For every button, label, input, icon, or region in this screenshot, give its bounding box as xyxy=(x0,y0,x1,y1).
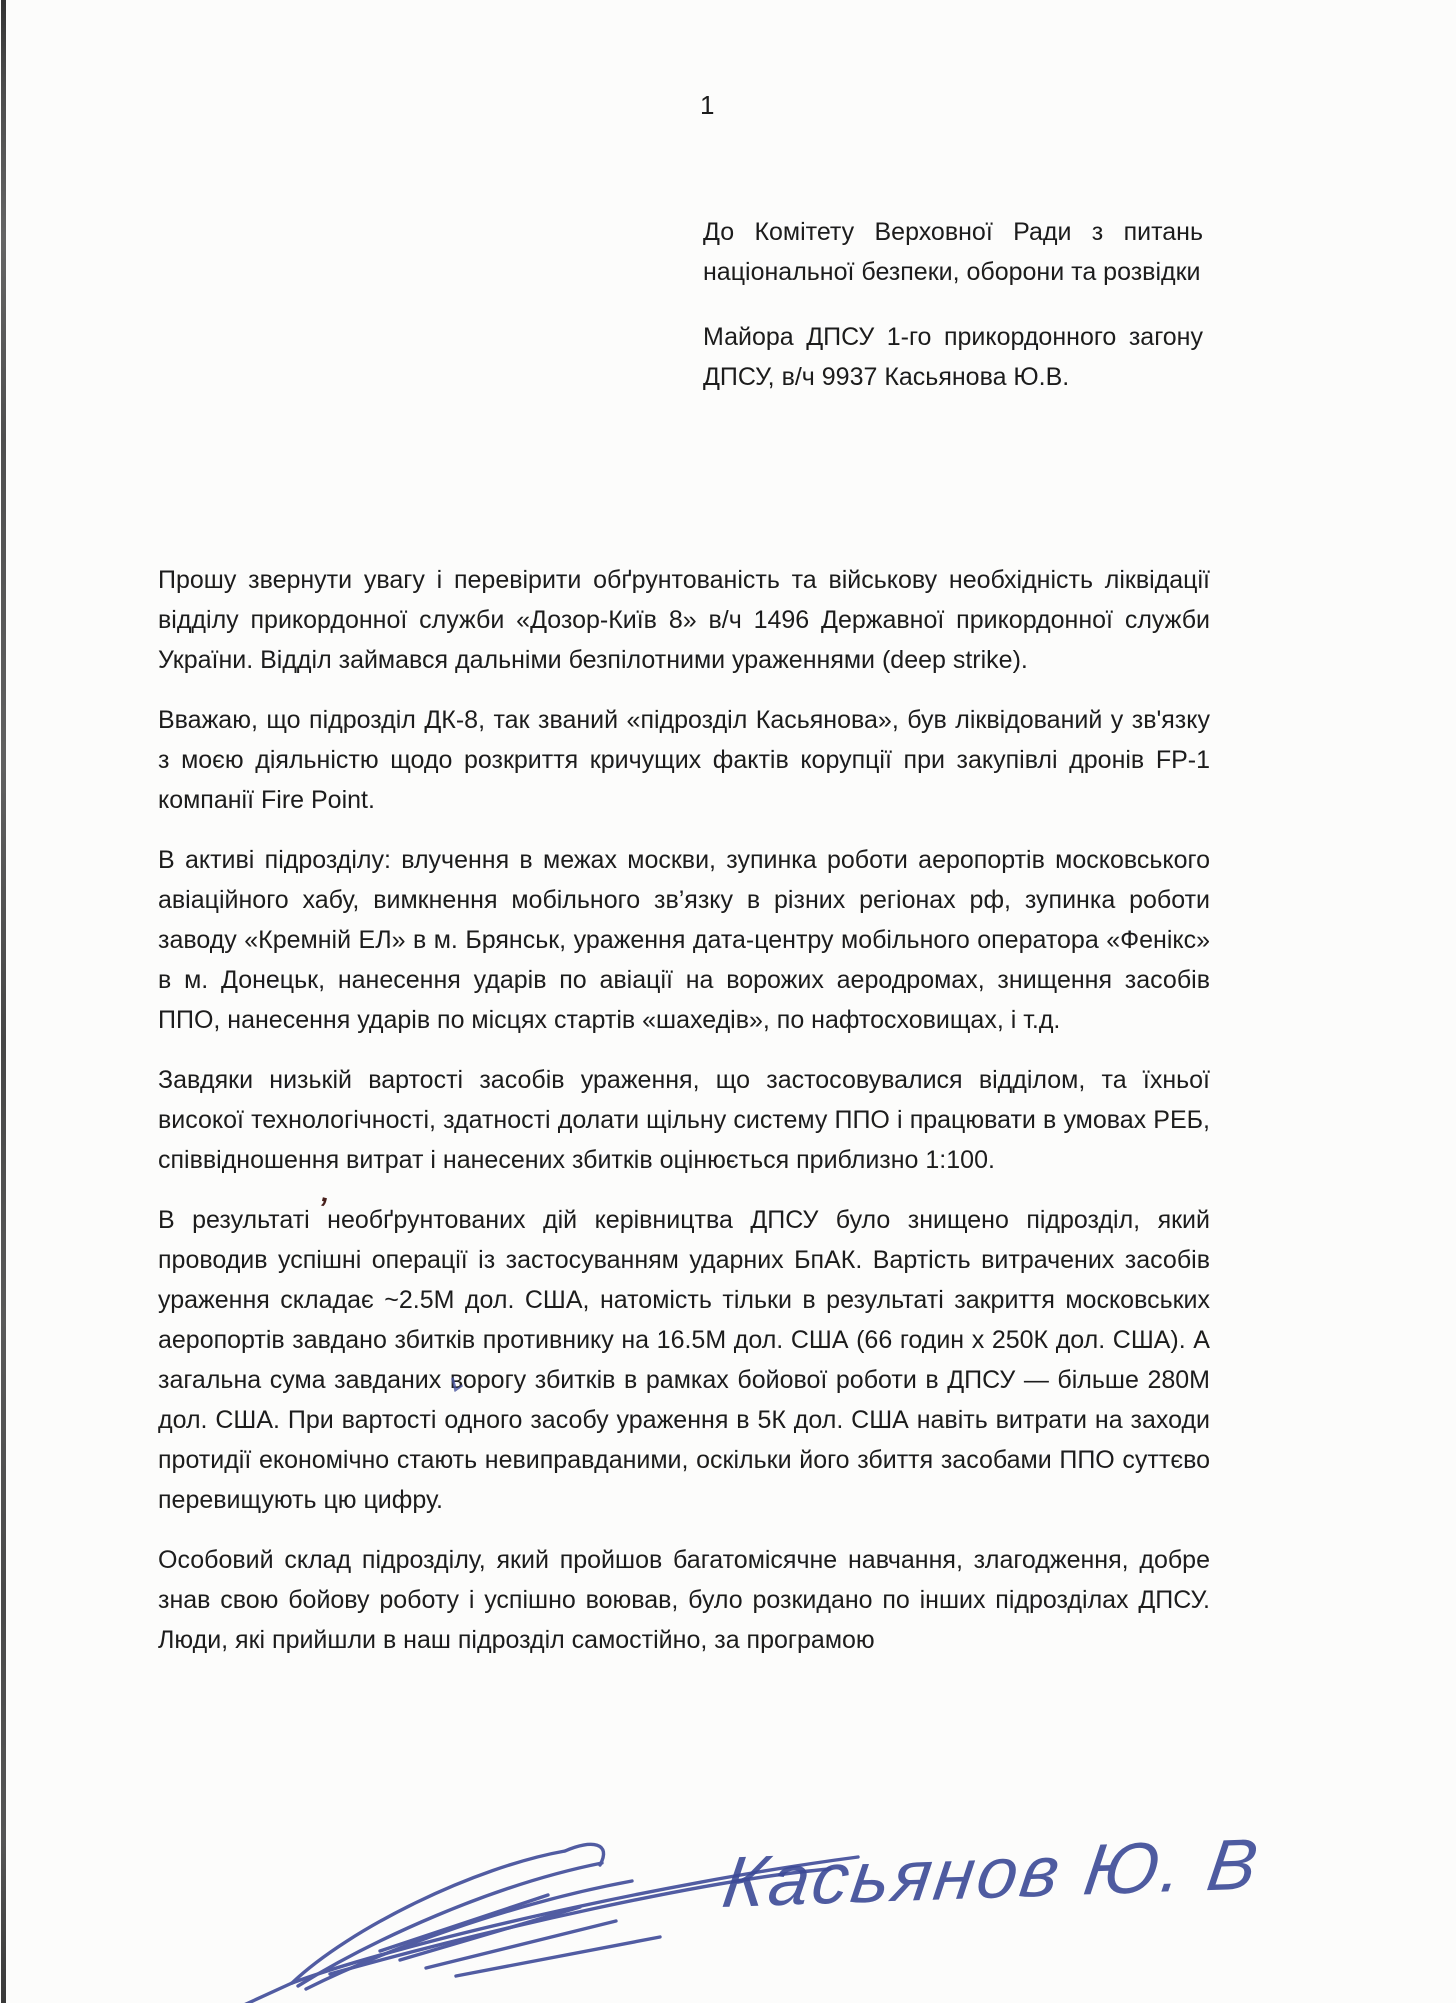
paragraph-6: Особовий склад підрозділу, який пройшов … xyxy=(158,1540,1210,1660)
scan-edge-artifact xyxy=(1,0,6,2003)
paragraph-5: В результаті необґрунтованих дій керівни… xyxy=(158,1200,1210,1520)
letter-body: Прошу звернути увагу і перевірити обґрун… xyxy=(158,560,1210,1680)
paragraph-1: Прошу звернути увагу і перевірити обґрун… xyxy=(158,560,1210,680)
recipient-author: Майора ДПСУ 1-го прикордонного загону ДП… xyxy=(703,317,1203,397)
recipient-block: До Комітету Верховної Ради з питань наці… xyxy=(703,212,1203,422)
scanned-letter-page: 1 До Комітету Верховної Ради з питань на… xyxy=(0,0,1456,2003)
recipient-committee: До Комітету Верховної Ради з питань наці… xyxy=(703,212,1203,292)
paragraph-3: В активі підрозділу: влучення в межах мо… xyxy=(158,840,1210,1040)
paragraph-2: Вважаю, що підрозділ ДК-8, так званий «п… xyxy=(158,700,1210,820)
page-number: 1 xyxy=(700,85,714,125)
paragraph-4: Завдяки низькій вартості засобів ураженн… xyxy=(158,1060,1210,1180)
signature: Касьянов Ю. В xyxy=(0,1820,1456,2003)
